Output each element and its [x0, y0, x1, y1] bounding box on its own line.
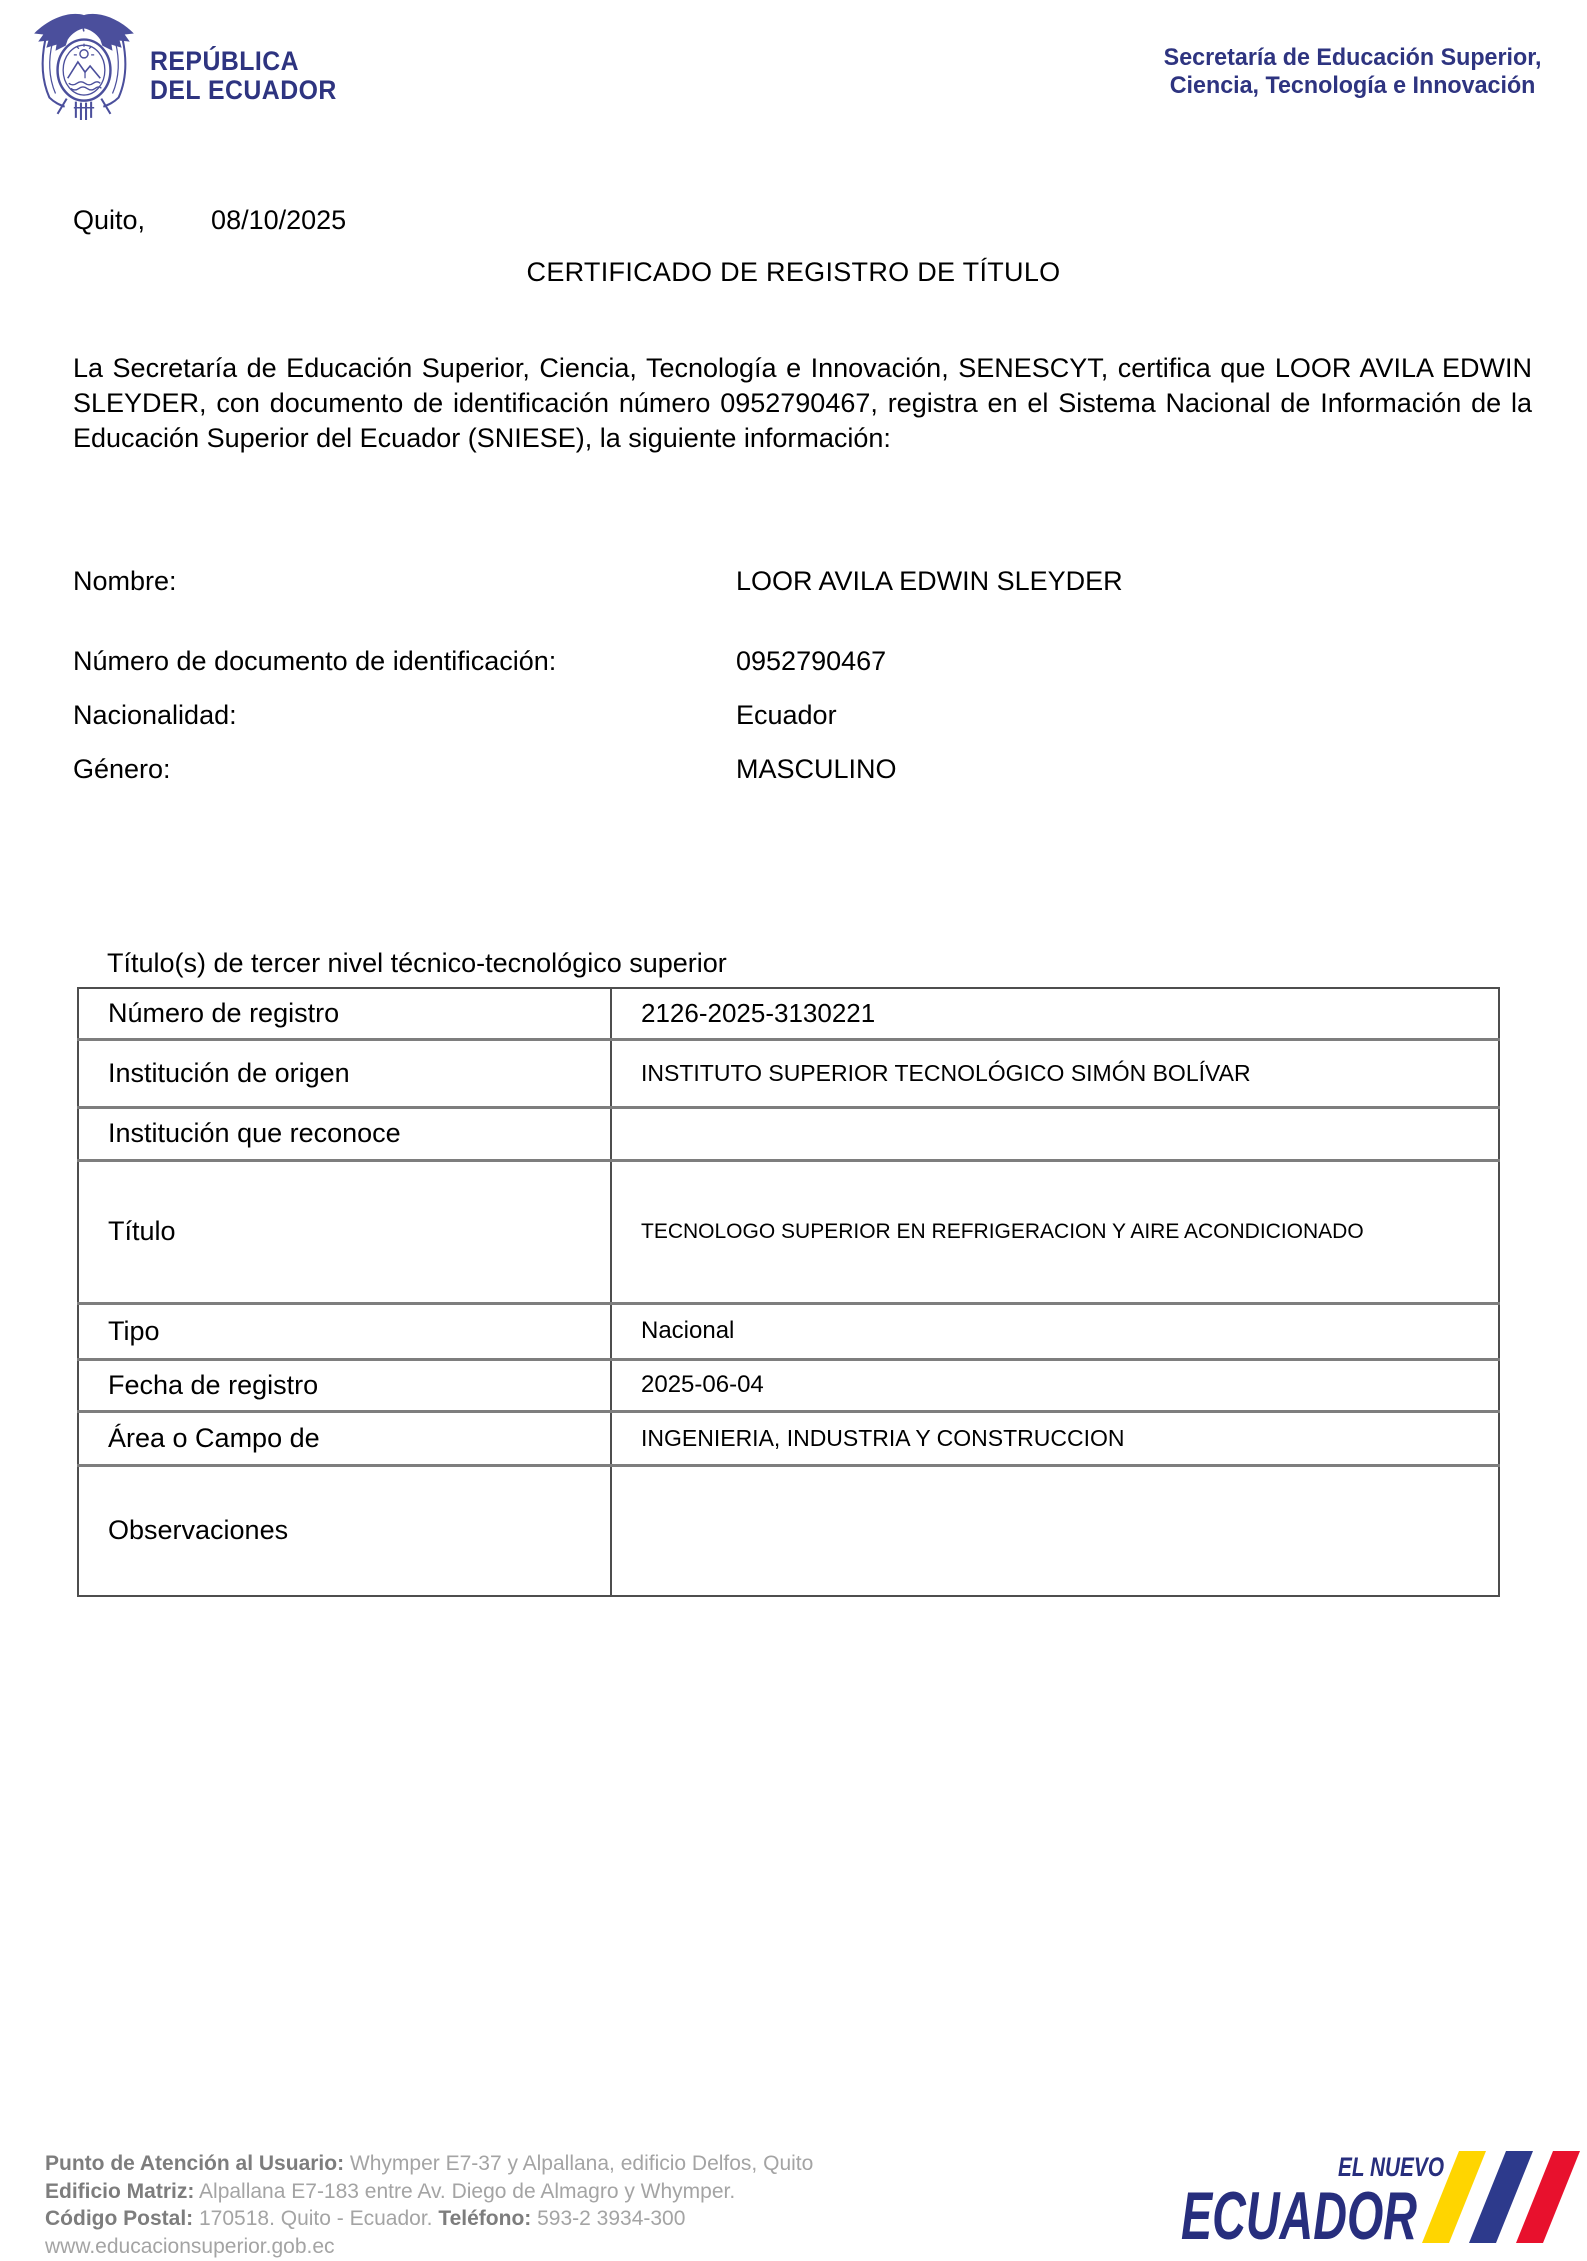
table-row: Observaciones [78, 1465, 1499, 1596]
row-value: 2126-2025-3130221 [611, 988, 1499, 1039]
row-value: Nacional [611, 1303, 1499, 1359]
field-label: Género: [73, 754, 171, 784]
intro-paragraph: La Secretaría de Educación Superior, Cie… [73, 351, 1532, 456]
row-value: INSTITUTO SUPERIOR TECNOLÓGICO SIMÓN BOL… [611, 1039, 1499, 1107]
field-label: Número de documento de identificación: [73, 646, 556, 676]
footer-website: www.educacionsuperior.gob.ec [45, 2235, 335, 2258]
row-label: Institución que reconoce [78, 1107, 611, 1160]
row-value: INGENIERIA, INDUSTRIA Y CONSTRUCCION [611, 1411, 1499, 1465]
republic-line1: REPÚBLICA [150, 47, 337, 76]
footer-line-2: Edificio Matriz: Alpallana E7-183 entre … [45, 2178, 813, 2206]
row-value [611, 1465, 1499, 1596]
republic-wordmark: REPÚBLICA DEL ECUADOR [150, 47, 337, 105]
secretaria-wordmark: Secretaría de Educación Superior, Cienci… [1163, 44, 1541, 100]
table-row: Institución que reconoce [78, 1107, 1499, 1160]
row-label: Observaciones [78, 1465, 611, 1596]
secretaria-line2: Ciencia, Tecnología e Innovación [1163, 72, 1541, 100]
table-row: Institución de origen INSTITUTO SUPERIOR… [78, 1039, 1499, 1107]
field-value: 0952790467 [736, 646, 886, 677]
degree-table: Número de registro 2126-2025-3130221 Ins… [77, 987, 1500, 1597]
document-title: CERTIFICADO DE REGISTRO DE TÍTULO [64, 257, 1523, 288]
field-row-genero: Género: MASCULINO [73, 754, 1533, 785]
footer-text: Whymper E7-37 y Alpallana, edificio Delf… [344, 2152, 813, 2175]
field-label: Nacionalidad: [73, 700, 237, 730]
table-row: Título TECNOLOGO SUPERIOR EN REFRIGERACI… [78, 1160, 1499, 1303]
field-value: LOOR AVILA EDWIN SLEYDER [736, 566, 1123, 597]
table-row: Número de registro 2126-2025-3130221 [78, 988, 1499, 1039]
row-label: Institución de origen [78, 1039, 611, 1107]
el-nuevo-ecuador-logo: EL NUEVO ECUADOR [1176, 2118, 1580, 2255]
degree-section-title: Título(s) de tercer nivel técnico-tecnol… [107, 948, 727, 979]
ecuador-coat-of-arms-icon [28, 6, 140, 122]
republic-line2: DEL ECUADOR [150, 76, 337, 105]
table-row: Fecha de registro 2025-06-04 [78, 1359, 1499, 1411]
dateline: Quito,08/10/2025 [73, 205, 346, 236]
brand-big-text: ECUADOR [1181, 2178, 1417, 2254]
field-row-nombre: Nombre: LOOR AVILA EDWIN SLEYDER [73, 566, 1533, 597]
row-label: Área o Campo de [78, 1411, 611, 1465]
field-value: MASCULINO [736, 754, 897, 785]
footer-label: Punto de Atención al Usuario: [45, 2152, 344, 2175]
secretaria-line1: Secretaría de Educación Superior, [1163, 44, 1541, 72]
footer-line-website: www.educacionsuperior.gob.ec [45, 2233, 813, 2261]
footer-label: Código Postal: [45, 2207, 193, 2230]
field-row-nacionalidad: Nacionalidad: Ecuador [73, 700, 1533, 731]
footer-line-1: Punto de Atención al Usuario: Whymper E7… [45, 2150, 813, 2178]
field-label: Nombre: [73, 566, 177, 596]
row-value: 2025-06-04 [611, 1359, 1499, 1411]
footer-label: Edificio Matriz: [45, 2180, 194, 2203]
row-label: Número de registro [78, 988, 611, 1039]
footer-line-3: Código Postal: 170518. Quito - Ecuador. … [45, 2205, 813, 2233]
table-row: Tipo Nacional [78, 1303, 1499, 1359]
field-row-documento: Número de documento de identificación: 0… [73, 646, 1533, 677]
issue-date: 08/10/2025 [211, 205, 346, 235]
footer-text: Alpallana E7-183 entre Av. Diego de Alma… [194, 2180, 735, 2203]
row-label: Título [78, 1160, 611, 1303]
certificate-page: REPÚBLICA DEL ECUADOR Secretaría de Educ… [0, 0, 1587, 2261]
footer-text: 170518. Quito - Ecuador. [193, 2207, 438, 2230]
footer-text: 593-2 3934-300 [531, 2207, 685, 2230]
field-value: Ecuador [736, 700, 837, 731]
row-label: Tipo [78, 1303, 611, 1359]
row-value [611, 1107, 1499, 1160]
row-value: TECNOLOGO SUPERIOR EN REFRIGERACION Y AI… [611, 1160, 1499, 1303]
footer-label: Teléfono: [438, 2207, 531, 2230]
table-row: Área o Campo de INGENIERIA, INDUSTRIA Y … [78, 1411, 1499, 1465]
footer-address-block: Punto de Atención al Usuario: Whymper E7… [45, 2150, 813, 2260]
city-label: Quito, [73, 205, 145, 235]
row-label: Fecha de registro [78, 1359, 611, 1411]
